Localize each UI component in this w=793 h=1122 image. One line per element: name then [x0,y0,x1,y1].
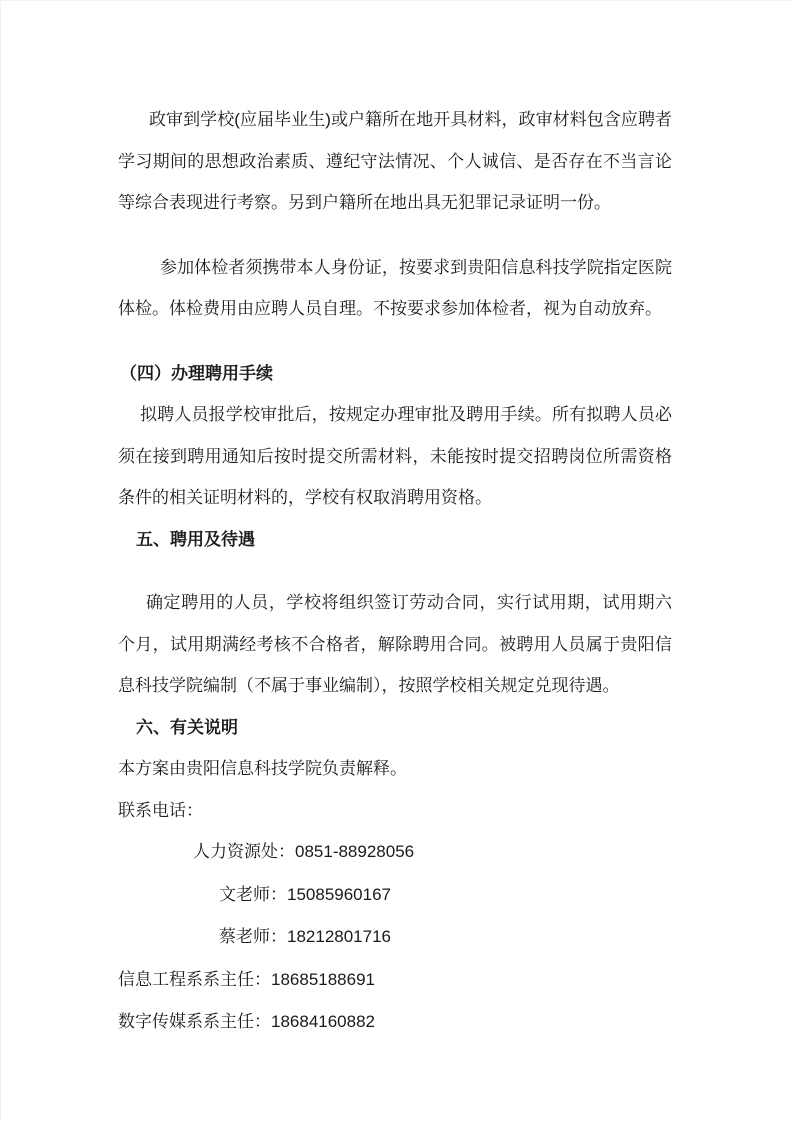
contact-hr: 人力资源处：0851-88928056 [118,831,672,874]
contact-label: 人力资源处 [193,842,278,861]
contact-info-engineering-director: 信息工程系系主任：18685188691 [118,959,672,1002]
colon: ： [254,970,271,989]
text-line: 须在接到聘用通知后按时提交所需材料，未能按时提交招聘岗位所需资格 [118,436,672,478]
contact-label: 文老师 [219,885,270,904]
para-hiring-procedure: 拟聘人员报学校审批后，按规定办理审批及聘用手续。所有拟聘人员必 须在接到聘用通知… [118,394,672,519]
heading-hiring-procedure: （四）办理聘用手续 [118,353,672,395]
contact-phone: 18685188691 [271,970,375,989]
contact-teacher-cai: 蔡老师：18212801716 [118,916,672,959]
colon: ： [278,842,295,861]
text-line: 条件的相关证明材料的，学校有权取消聘用资格。 [118,477,672,519]
text-line: 个月，试用期满经考核不合格者，解除聘用合同。被聘用人员属于贵阳信 [118,624,672,666]
text-line: 拟聘人员报学校审批后，按规定办理审批及聘用手续。所有拟聘人员必 [118,394,672,436]
text-line: 息科技学院编制（不属于事业编制），按照学校相关规定兑现待遇。 [118,665,672,707]
colon: ： [270,927,287,946]
contact-label: 蔡老师 [219,927,270,946]
text-line: 体检。体检费用由应聘人员自理。不按要求参加体检者，视为自动放弃。 [118,288,672,330]
contact-digital-media-director: 数字传媒系系主任：18684160882 [118,1001,672,1044]
text-line: 参加体检者须携带本人身份证，按要求到贵阳信息科技学院指定医院 [118,247,672,289]
text-line: 学习期间的思想政治素质、遵纪守法情况、个人诚信、是否存在不当言论 [118,141,672,183]
contact-label: 数字传媒系系主任 [118,1012,254,1031]
text-line: 等综合表现进行考察。另到户籍所在地出具无犯罪记录证明一份。 [118,182,672,224]
heading-notes: 六、有关说明 [118,707,672,749]
colon: ： [270,885,287,904]
document-page: 政审到学校(应届毕业生)或户籍所在地开具材料，政审材料包含应聘者 学习期间的思想… [0,0,793,1122]
contact-phone: 18212801716 [287,927,391,946]
contact-teacher-wen: 文老师：15085960167 [118,874,672,917]
text-line: 确定聘用的人员，学校将组织签订劳动合同，实行试用期，试用期六 [118,582,672,624]
line-interpretation: 本方案由贵阳信息科技学院负责解释。 [118,748,672,790]
para-employment-treatment: 确定聘用的人员，学校将组织签订劳动合同，实行试用期，试用期六 个月，试用期满经考… [118,582,672,707]
contact-phone: 18684160882 [271,1012,375,1031]
para-physical-exam: 参加体检者须携带本人身份证，按要求到贵阳信息科技学院指定医院 体检。体检费用由应… [118,247,672,330]
contact-list: 人力资源处：0851-88928056 文老师：15085960167 蔡老师：… [118,831,672,1044]
para-political-review: 政审到学校(应届毕业生)或户籍所在地开具材料，政审材料包含应聘者 学习期间的思想… [118,99,672,224]
heading-employment-treatment: 五、聘用及待遇 [118,519,672,561]
contact-label: 信息工程系系主任 [118,970,254,989]
contact-phone: 15085960167 [287,885,391,904]
contact-phone: 0851-88928056 [295,842,414,861]
line-contact-intro: 联系电话： [118,790,672,832]
text-line: 政审到学校(应届毕业生)或户籍所在地开具材料，政审材料包含应聘者 [118,99,672,141]
colon: ： [254,1012,271,1031]
